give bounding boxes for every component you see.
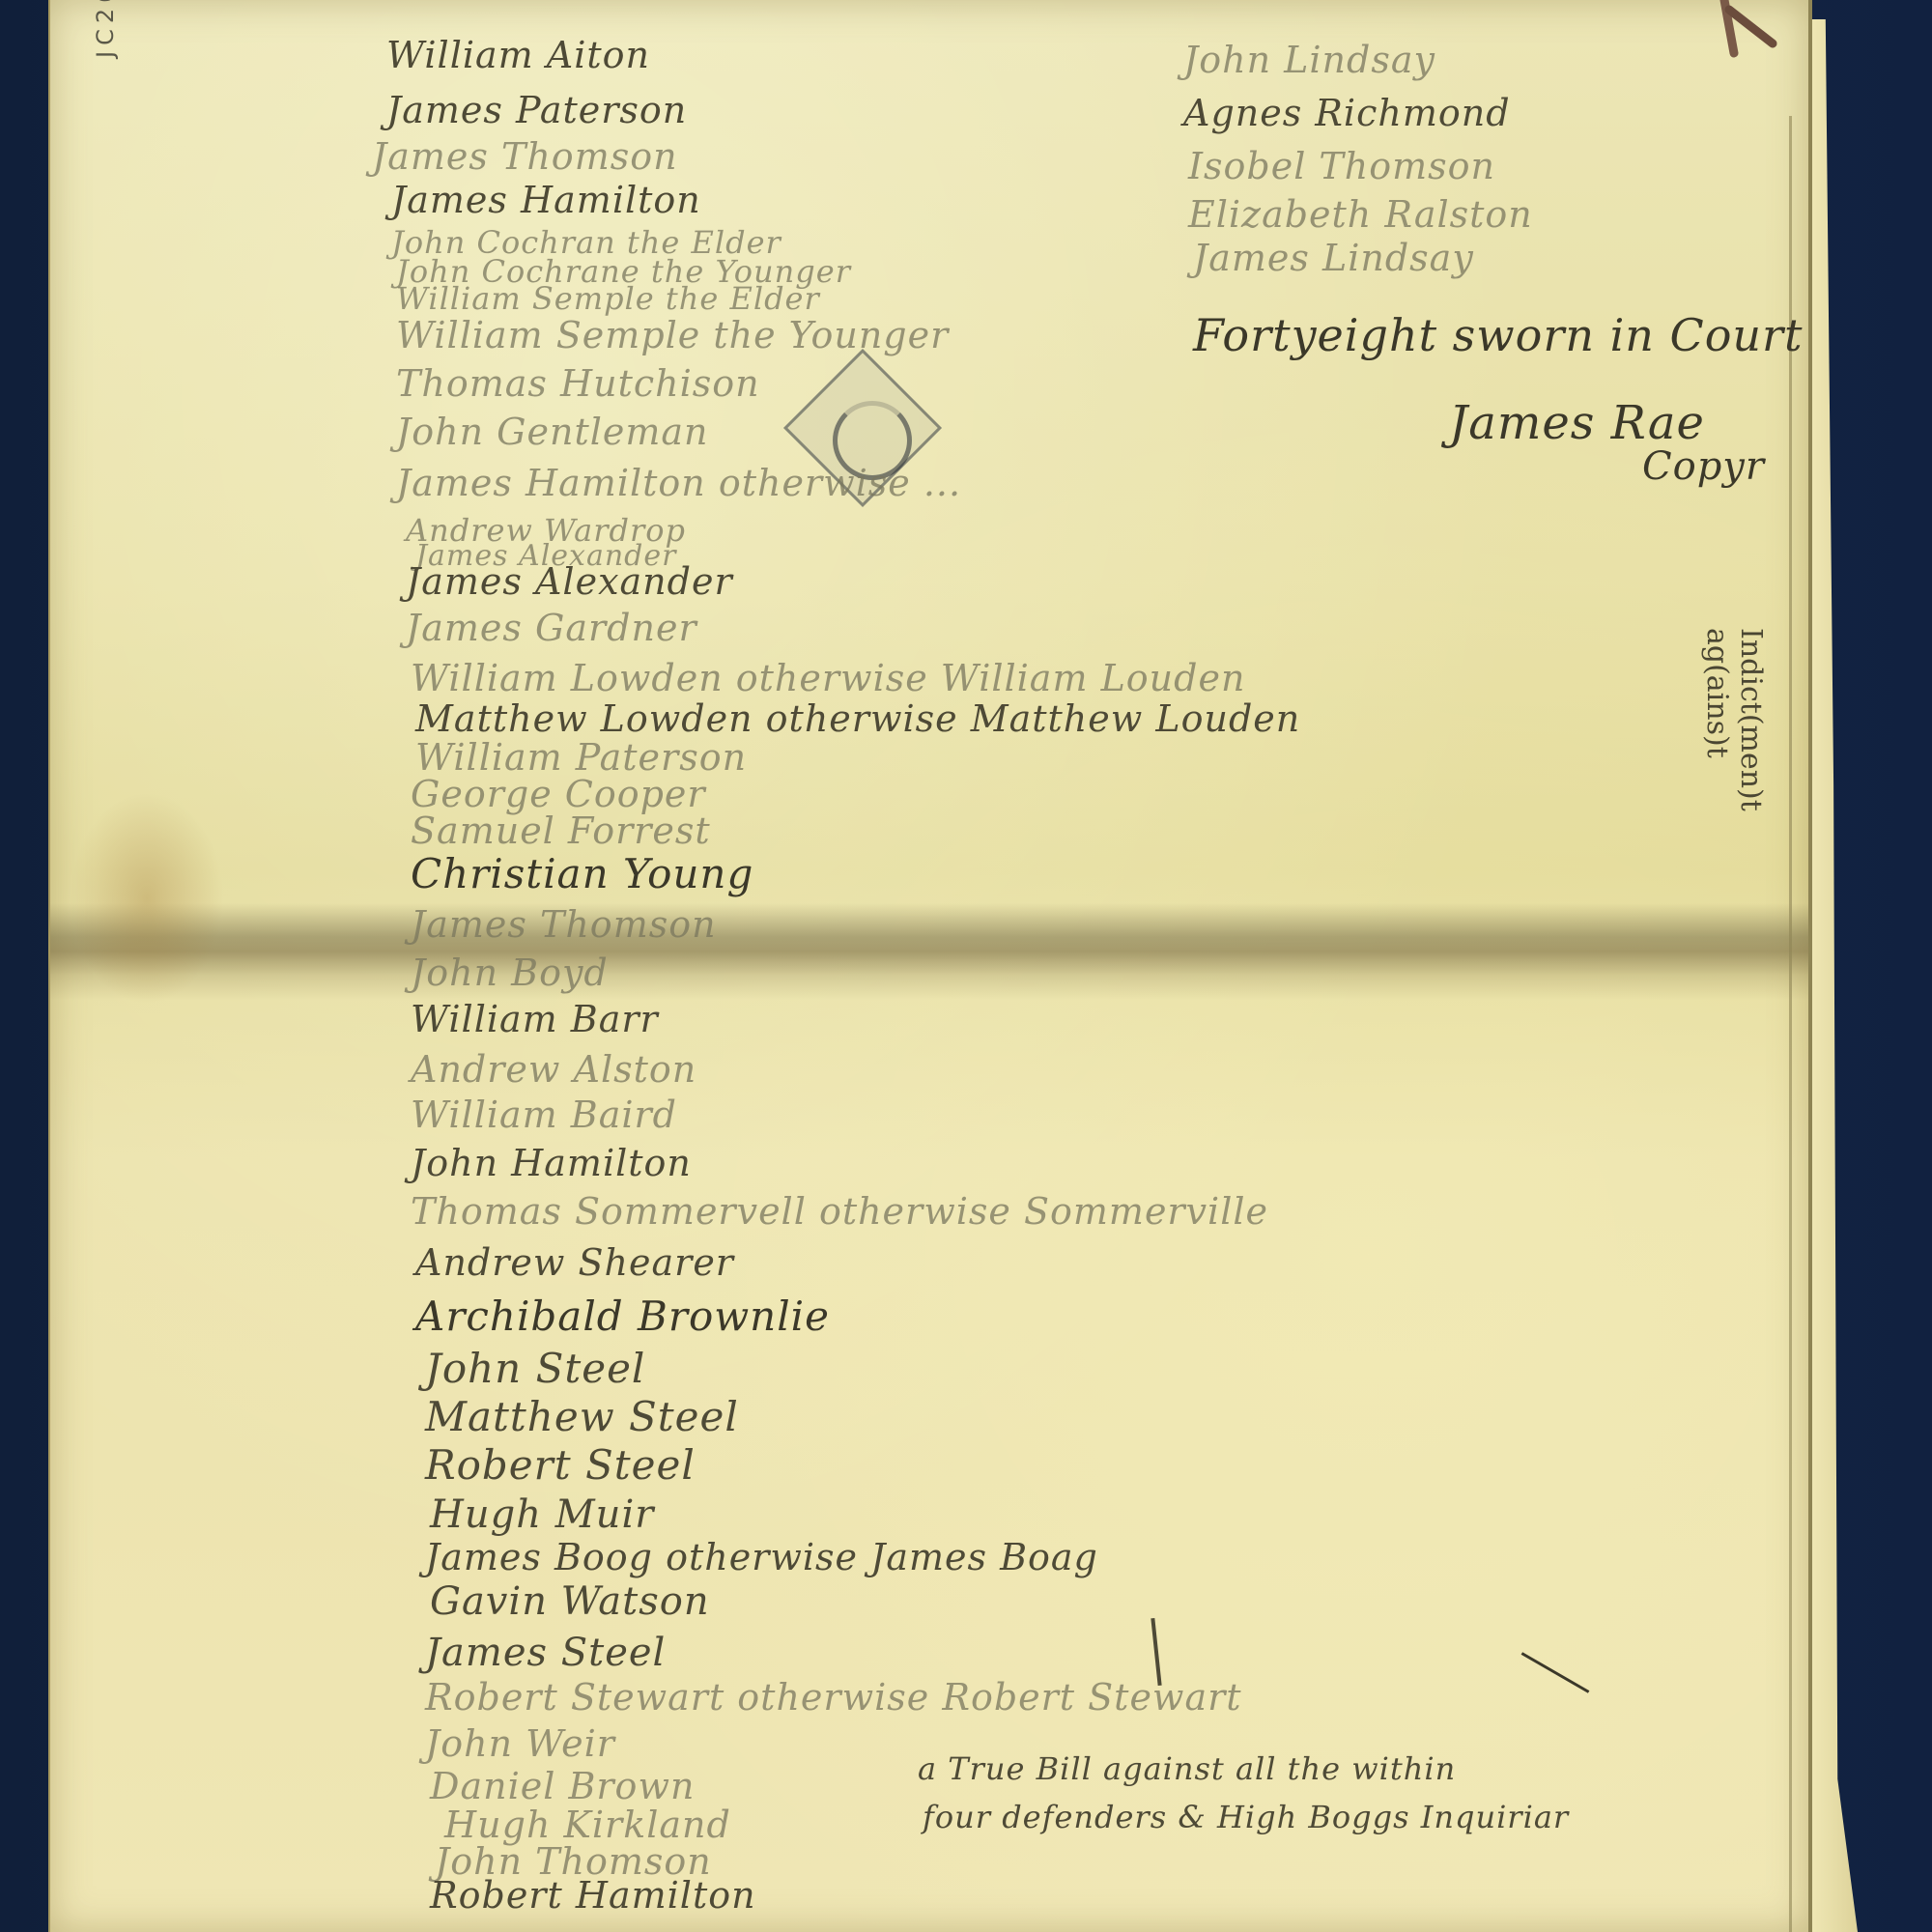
list-item: Isobel Thomson — [1188, 145, 1495, 187]
manuscript-page — [48, 0, 1812, 1932]
list-item: Archibald Brownlie — [415, 1293, 830, 1340]
list-item: Matthew Lowden otherwise Matthew Louden — [415, 697, 1300, 740]
list-item: William Aiton — [386, 34, 650, 76]
list-item: John Steel — [425, 1345, 645, 1392]
list-item: William Barr — [411, 998, 659, 1040]
list-item: Gavin Watson — [430, 1579, 710, 1624]
list-item: Robert Steel — [425, 1441, 696, 1489]
binding-string-icon — [1715, 0, 1782, 58]
signature-title: Copyr — [1642, 444, 1765, 489]
margin-docket-note: Indict(men)t ag(ains)t — [1700, 628, 1768, 811]
list-item: James Paterson — [386, 89, 687, 131]
list-item: John Hamilton — [411, 1142, 692, 1184]
list-item: James Boog otherwise James Boag — [425, 1536, 1098, 1578]
list-item: James Steel — [425, 1631, 666, 1675]
list-item: Daniel Brown — [430, 1765, 695, 1807]
list-item: William Semple the Elder — [396, 280, 820, 317]
list-item: Andrew Alston — [411, 1048, 696, 1091]
archive-reference-stamp: JC26/3/ — [92, 0, 119, 58]
verdict-note-line-1: a True Bill against all the within — [918, 1750, 1456, 1787]
list-item: Andrew Shearer — [415, 1241, 734, 1284]
list-item: John Gentleman — [396, 411, 709, 453]
list-item: Christian Young — [411, 850, 753, 897]
horizontal-fold-crease — [50, 903, 1808, 1000]
list-item: James Lindsay — [1193, 237, 1474, 279]
list-item: Matthew Steel — [425, 1393, 739, 1440]
list-item: Hugh Muir — [430, 1492, 654, 1537]
list-item: Elizabeth Ralston — [1188, 193, 1533, 236]
list-item: William Semple the Younger — [396, 314, 949, 356]
list-item: John Lindsay — [1183, 39, 1435, 81]
list-item: James Hamilton — [391, 179, 701, 221]
list-item: James Thomson — [411, 903, 717, 946]
list-item: Robert Stewart otherwise Robert Stewart — [425, 1676, 1242, 1719]
list-item: Agnes Richmond — [1183, 92, 1511, 134]
clerk-signature: James Rae — [1449, 396, 1705, 450]
list-item: James Thomson — [372, 135, 678, 178]
list-item: Thomas Sommervell otherwise Sommerville — [411, 1190, 1268, 1233]
sworn-in-court-note: Fortyeight sworn in Court — [1193, 309, 1804, 361]
list-item: Thomas Hutchison — [396, 362, 760, 405]
list-item: Robert Hamilton — [430, 1874, 756, 1917]
list-item: James Alexander — [406, 560, 733, 603]
water-stain — [70, 792, 224, 1005]
list-item: John Boyd — [411, 952, 609, 994]
list-item: William Lowden otherwise William Louden — [411, 657, 1245, 699]
page-edge-line — [1789, 116, 1792, 1932]
list-item: James Hamilton otherwise ... — [396, 462, 961, 504]
list-item: Samuel Forrest — [411, 810, 711, 852]
list-item: James Gardner — [406, 607, 697, 649]
list-item: John Weir — [425, 1722, 615, 1765]
list-item: William Baird — [411, 1094, 677, 1136]
verdict-note-line-2: four defenders & High Boggs Inquiriar — [923, 1799, 1569, 1835]
